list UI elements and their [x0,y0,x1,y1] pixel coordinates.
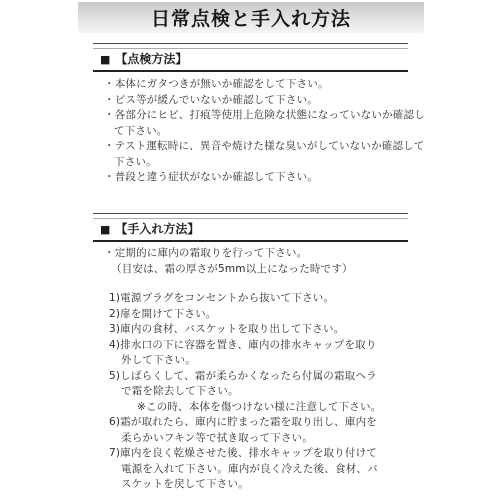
step-line: 2)扉を開けて下さい。 [109,307,381,323]
step-wrap-line: 外して下さい。 [121,353,381,369]
section-heading-inspection: ■【点検方法】 [93,43,408,72]
step-wrap-line: 電源を入れて下さい。庫内が良く冷えた後、食材、バ [121,462,381,478]
step-line: 6)霜が取れたら、庫内に貯まった霜を取り出し、庫内を [109,415,381,431]
step-line: 3)庫内の食材、バスケットを取り出して下さい。 [109,322,381,338]
list-item-line: ・本体にガタつきが無いか確認をして下さい。 [104,77,425,93]
step-wrap-line: 柔らかいフキン等で拭き取って下さい。 [121,431,381,447]
list-item-wrap-line: （目安は、霜の厚さが5mm以上になった時です） [111,262,353,278]
title-banner: 日常点検と手入れ方法 [78,2,424,33]
list-item-line: ・ビス等が緩んでいないか確認して下さい。 [104,93,425,109]
inspection-list: ・本体にガタつきが無いか確認をして下さい。 ・ビス等が緩んでいないか確認して下さ… [104,77,425,186]
page-title: 日常点検と手入れ方法 [151,4,351,31]
step-line: 1)電源プラグをコンセントから抜いて下さい。 [109,291,381,307]
list-item-line: ・各部分にヒビ、打痕等使用上危険な状態になっていないか確認し [104,108,425,124]
list-item-line: ・定期的に庫内の霜取りを行って下さい。 [104,246,353,262]
black-square-marker: ■ [100,223,110,236]
black-square-marker: ■ [100,53,110,66]
list-item-wrap-line: て下さい。 [114,124,425,140]
step-wrap-line: スケットを戻して下さい。 [121,477,381,493]
list-item-line: ・テスト運転時に、異音や焼けた様な臭いがしていないか確認して [104,139,425,155]
step-line: 5)しばらくして、霜が柔らかくなったら付属の霜取ヘラ [109,369,381,385]
care-steps-list: 1)電源プラグをコンセントから抜いて下さい。 2)扉を開けて下さい。 3)庫内の… [109,291,381,493]
care-intro-list: ・定期的に庫内の霜取りを行って下さい。 （目安は、霜の厚さが5mm以上になった時… [104,246,353,277]
section-heading-care-label: 【手入れ方法】 [115,222,199,236]
manual-document-page: 日常点検と手入れ方法 ■【点検方法】 ・本体にガタつきが無いか確認をして下さい。… [0,0,500,500]
list-item-line: ・普段と違う症状がないか確認して下さい。 [104,170,425,186]
step-line: 7)庫内を良く乾燥させた後、排水キャップを取り付けて [109,446,381,462]
section-heading-inspection-label: 【点検方法】 [115,52,187,66]
caution-note-line: ※この時、本体を傷つけない様に注意して下さい。 [137,400,381,416]
list-item-wrap-line: 下さい。 [114,155,425,171]
step-line: 4)排水口の下に容器を置き、庫内の排水キャップを取り [109,338,381,354]
step-wrap-line: で霜を除去して下さい。 [121,384,381,400]
section-heading-care: ■【手入れ方法】 [93,213,408,242]
